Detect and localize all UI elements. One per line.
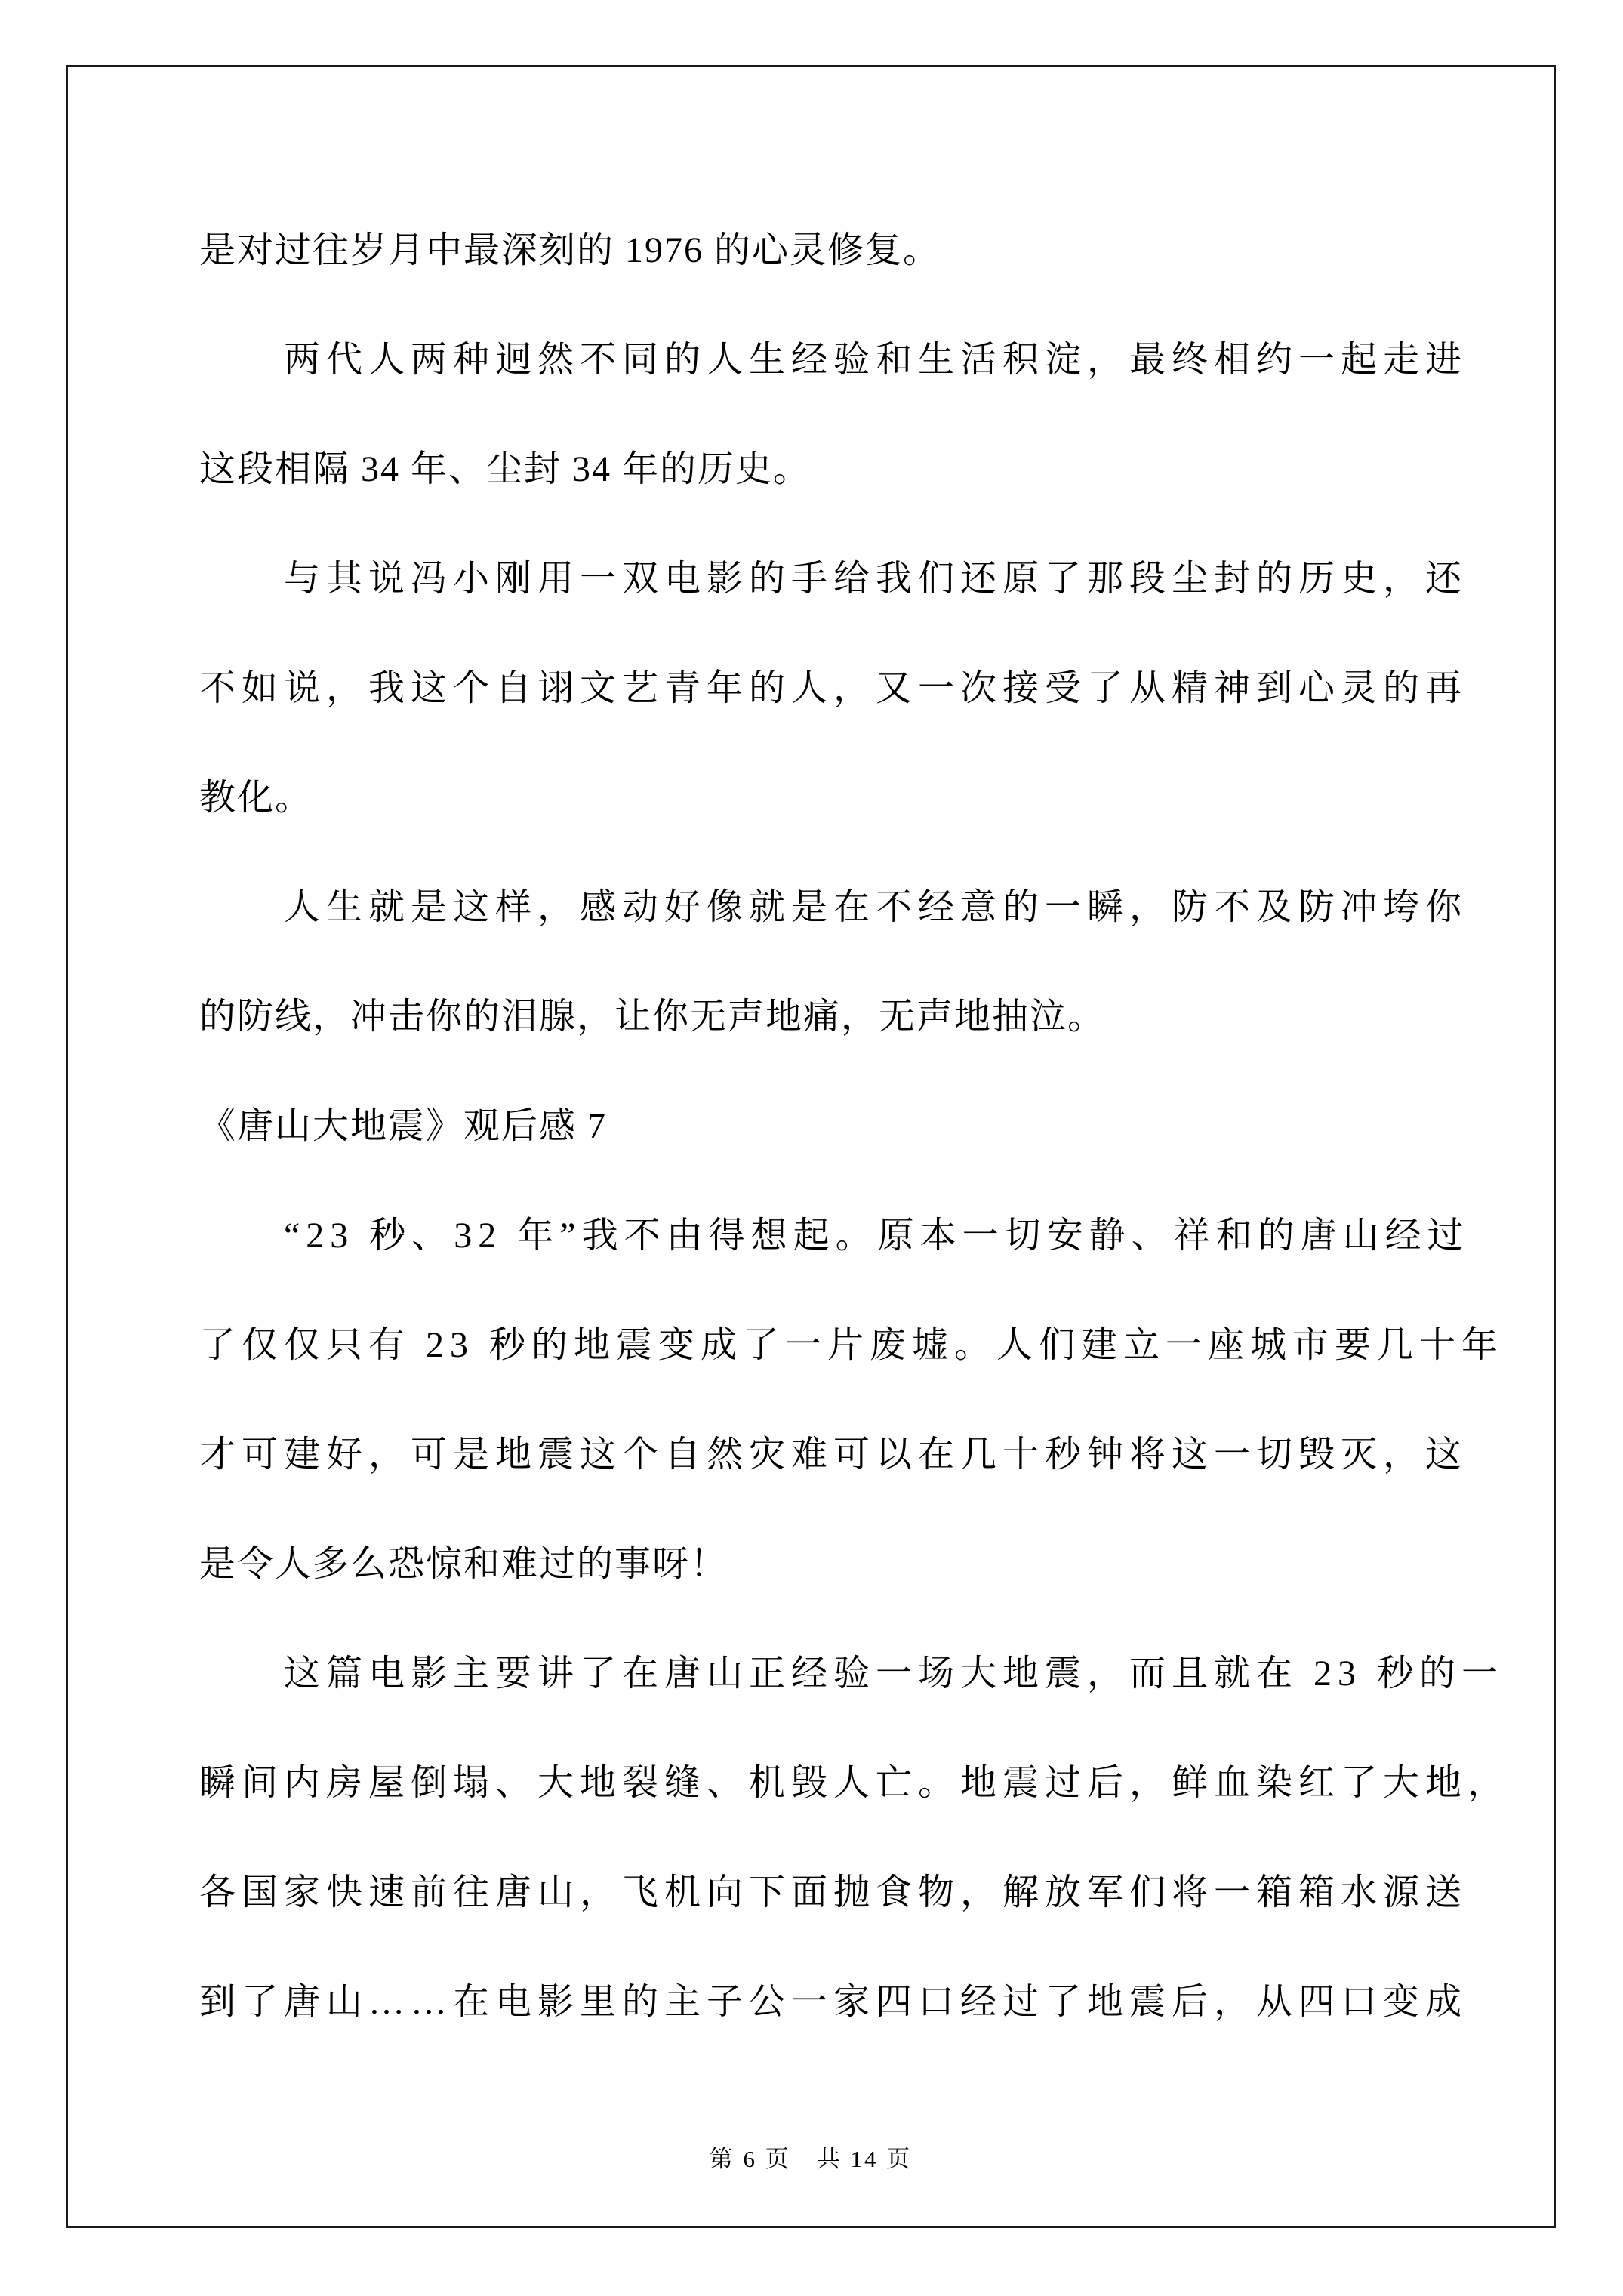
document-body: 是对过往岁月中最深刻的 1976 的心灵修复。 两代人两种迥然不同的人生经验和生…: [199, 196, 1475, 2057]
text-line-5: 不如说，我这个自诩文艺青年的人，又一次接受了从精神到心灵的再: [199, 633, 1475, 743]
text-line-6: 教化。: [199, 743, 1475, 852]
page-count: 共 14 页: [817, 2140, 913, 2174]
page-number: 第 6 页: [710, 2140, 791, 2174]
text-line-16: 各国家快速前往唐山，飞机向下面抛食物，解放军们将一箱箱水源送: [199, 1838, 1475, 1947]
text-line-7: 人生就是这样，感动好像就是在不经意的一瞬，防不及防冲垮你: [199, 852, 1475, 962]
text-line-14: 这篇电影主要讲了在唐山正经验一场大地震，而且就在 23 秒的一: [199, 1619, 1475, 1728]
text-line-15: 瞬间内房屋倒塌、大地裂缝、机毁人亡。地震过后，鲜血染红了大地，: [199, 1728, 1475, 1838]
text-line-3: 这段相隔 34 年、尘封 34 年的历史。: [199, 415, 1475, 524]
text-line-12: 才可建好，可是地震这个自然灾难可以在几十秒钟将这一切毁灭，这: [199, 1400, 1475, 1509]
text-line-8: 的防线，冲击你的泪腺，让你无声地痛，无声地抽泣。: [199, 962, 1475, 1071]
text-line-2: 两代人两种迥然不同的人生经验和生活积淀，最终相约一起走进: [199, 305, 1475, 415]
text-line-10: “23 秒、32 年”我不由得想起。原本一切安静、祥和的唐山经过: [199, 1181, 1475, 1290]
document-page: 是对过往岁月中最深刻的 1976 的心灵修复。 两代人两种迥然不同的人生经验和生…: [0, 0, 1623, 2296]
text-line-17: 到了唐山……在电影里的主子公一家四口经过了地震后，从四口变成: [199, 1947, 1475, 2057]
text-line-9: 《唐山大地震》观后感 7: [199, 1071, 1475, 1181]
page-footer: 第 6 页 共 14 页: [68, 2140, 1554, 2174]
text-line-4: 与其说冯小刚用一双电影的手给我们还原了那段尘封的历史，还: [199, 524, 1475, 633]
text-line-11: 了仅仅只有 23 秒的地震变成了一片废墟。人们建立一座城市要几十年: [199, 1290, 1475, 1400]
text-line-13: 是令人多么恐惊和难过的事呀！: [199, 1509, 1475, 1619]
page-border-frame: 是对过往岁月中最深刻的 1976 的心灵修复。 两代人两种迥然不同的人生经验和生…: [66, 65, 1556, 2228]
text-line-1: 是对过往岁月中最深刻的 1976 的心灵修复。: [199, 196, 1475, 305]
